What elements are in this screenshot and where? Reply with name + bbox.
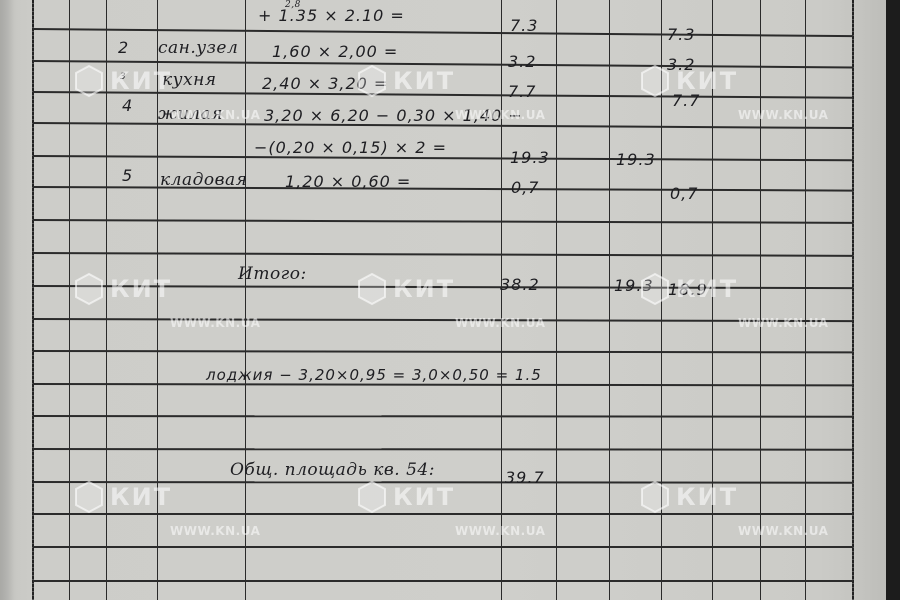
grid-vline bbox=[852, 0, 854, 600]
watermark-logo: КИТ bbox=[640, 480, 738, 514]
watermark-brand: КИТ bbox=[110, 67, 172, 95]
watermark-brand: КИТ bbox=[676, 275, 738, 303]
watermark-url: WWW.KN.UA bbox=[455, 524, 545, 538]
grid-hline bbox=[33, 28, 853, 37]
grid-vline bbox=[556, 0, 557, 600]
room-name: кладовая bbox=[160, 170, 247, 190]
watermark-brand: КИТ bbox=[393, 67, 455, 95]
watermark-url: WWW.KN.UA bbox=[170, 316, 260, 330]
grid-vline bbox=[69, 0, 70, 600]
hexagon-logo-icon bbox=[640, 64, 670, 98]
grid-vline bbox=[609, 0, 610, 600]
total-area-value: 39.7 bbox=[505, 468, 545, 487]
watermark-brand: КИТ bbox=[393, 483, 455, 511]
hexagon-logo-icon bbox=[357, 272, 387, 306]
watermark-url: WWW.KN.UA bbox=[170, 524, 260, 538]
watermark-logo: КИТ bbox=[74, 64, 172, 98]
document-sheet: 2,8 + 1.35 × 2.10 = 7.3 7.3 2 сан.узел 1… bbox=[0, 0, 886, 600]
room-number: 2 bbox=[118, 38, 129, 57]
aux-area-value: 0,7 bbox=[670, 184, 698, 203]
grid-hline bbox=[33, 448, 853, 450]
hexagon-logo-icon bbox=[74, 64, 104, 98]
grid-hline bbox=[33, 219, 853, 223]
watermark-logo: КИТ bbox=[357, 480, 455, 514]
totals-area: 38.2 bbox=[500, 275, 540, 294]
area-value: 3.2 bbox=[508, 52, 536, 71]
watermark-logo: КИТ bbox=[357, 272, 455, 306]
area-value: 19.3 bbox=[510, 148, 550, 167]
calc-formula: 1,60 × 2,00 = bbox=[272, 42, 398, 61]
watermark-url: WWW.KN.UA bbox=[170, 108, 260, 122]
loggia-calc: лоджия − 3,20×0,95 = 3,0×0,50 = 1.5 bbox=[206, 366, 542, 384]
hexagon-logo-icon bbox=[357, 480, 387, 514]
watermark-brand: КИТ bbox=[676, 483, 738, 511]
watermark-logo: КИТ bbox=[357, 64, 455, 98]
hexagon-logo-icon bbox=[640, 272, 670, 306]
grid-hline bbox=[33, 318, 853, 322]
watermark-brand: КИТ bbox=[393, 275, 455, 303]
grid-vline bbox=[245, 0, 246, 600]
grid-hline bbox=[33, 580, 853, 582]
totals-label: Итого: bbox=[238, 264, 307, 284]
area-value: 7.7 bbox=[508, 82, 536, 101]
watermark-brand: КИТ bbox=[110, 275, 172, 303]
total-area-label: Общ. площадь кв. 54: bbox=[230, 460, 435, 480]
grid-hline bbox=[33, 252, 853, 256]
calc-formula: 1,20 × 0,60 = bbox=[285, 172, 411, 191]
watermark-url: WWW.KN.UA bbox=[455, 108, 545, 122]
room-number: 5 bbox=[122, 166, 133, 185]
watermark-logo: КИТ bbox=[74, 480, 172, 514]
grid-hline bbox=[33, 415, 853, 417]
grid-vline bbox=[501, 0, 502, 600]
watermark-brand: КИТ bbox=[110, 483, 172, 511]
grid-hline bbox=[33, 186, 853, 191]
grid-vline bbox=[760, 0, 761, 600]
hexagon-logo-icon bbox=[357, 64, 387, 98]
grid-hline bbox=[33, 350, 853, 353]
grid-vline bbox=[805, 0, 806, 600]
watermark-logo: КИТ bbox=[74, 272, 172, 306]
room-name: сан.узел bbox=[158, 38, 238, 58]
watermark-logo: КИТ bbox=[640, 272, 738, 306]
hexagon-logo-icon bbox=[74, 272, 104, 306]
living-area-value: 19.3 bbox=[616, 150, 656, 169]
grid-hline bbox=[33, 546, 853, 548]
calc-formula: + 1.35 × 2.10 = bbox=[258, 6, 405, 25]
watermark-url: WWW.KN.UA bbox=[738, 316, 828, 330]
calc-formula-continued: −(0,20 × 0,15) × 2 = bbox=[254, 138, 447, 157]
watermark-logo: КИТ bbox=[640, 64, 738, 98]
area-value: 0,7 bbox=[511, 178, 539, 197]
watermark-brand: КИТ bbox=[676, 67, 738, 95]
watermark-url: WWW.KN.UA bbox=[738, 108, 828, 122]
hexagon-logo-icon bbox=[74, 480, 104, 514]
room-number: 4 bbox=[122, 96, 133, 115]
area-value: 7.3 bbox=[510, 16, 538, 35]
hexagon-logo-icon bbox=[640, 480, 670, 514]
aux-area-value: 7.3 bbox=[667, 25, 695, 44]
watermark-url: WWW.KN.UA bbox=[455, 316, 545, 330]
watermark-url: WWW.KN.UA bbox=[738, 524, 828, 538]
